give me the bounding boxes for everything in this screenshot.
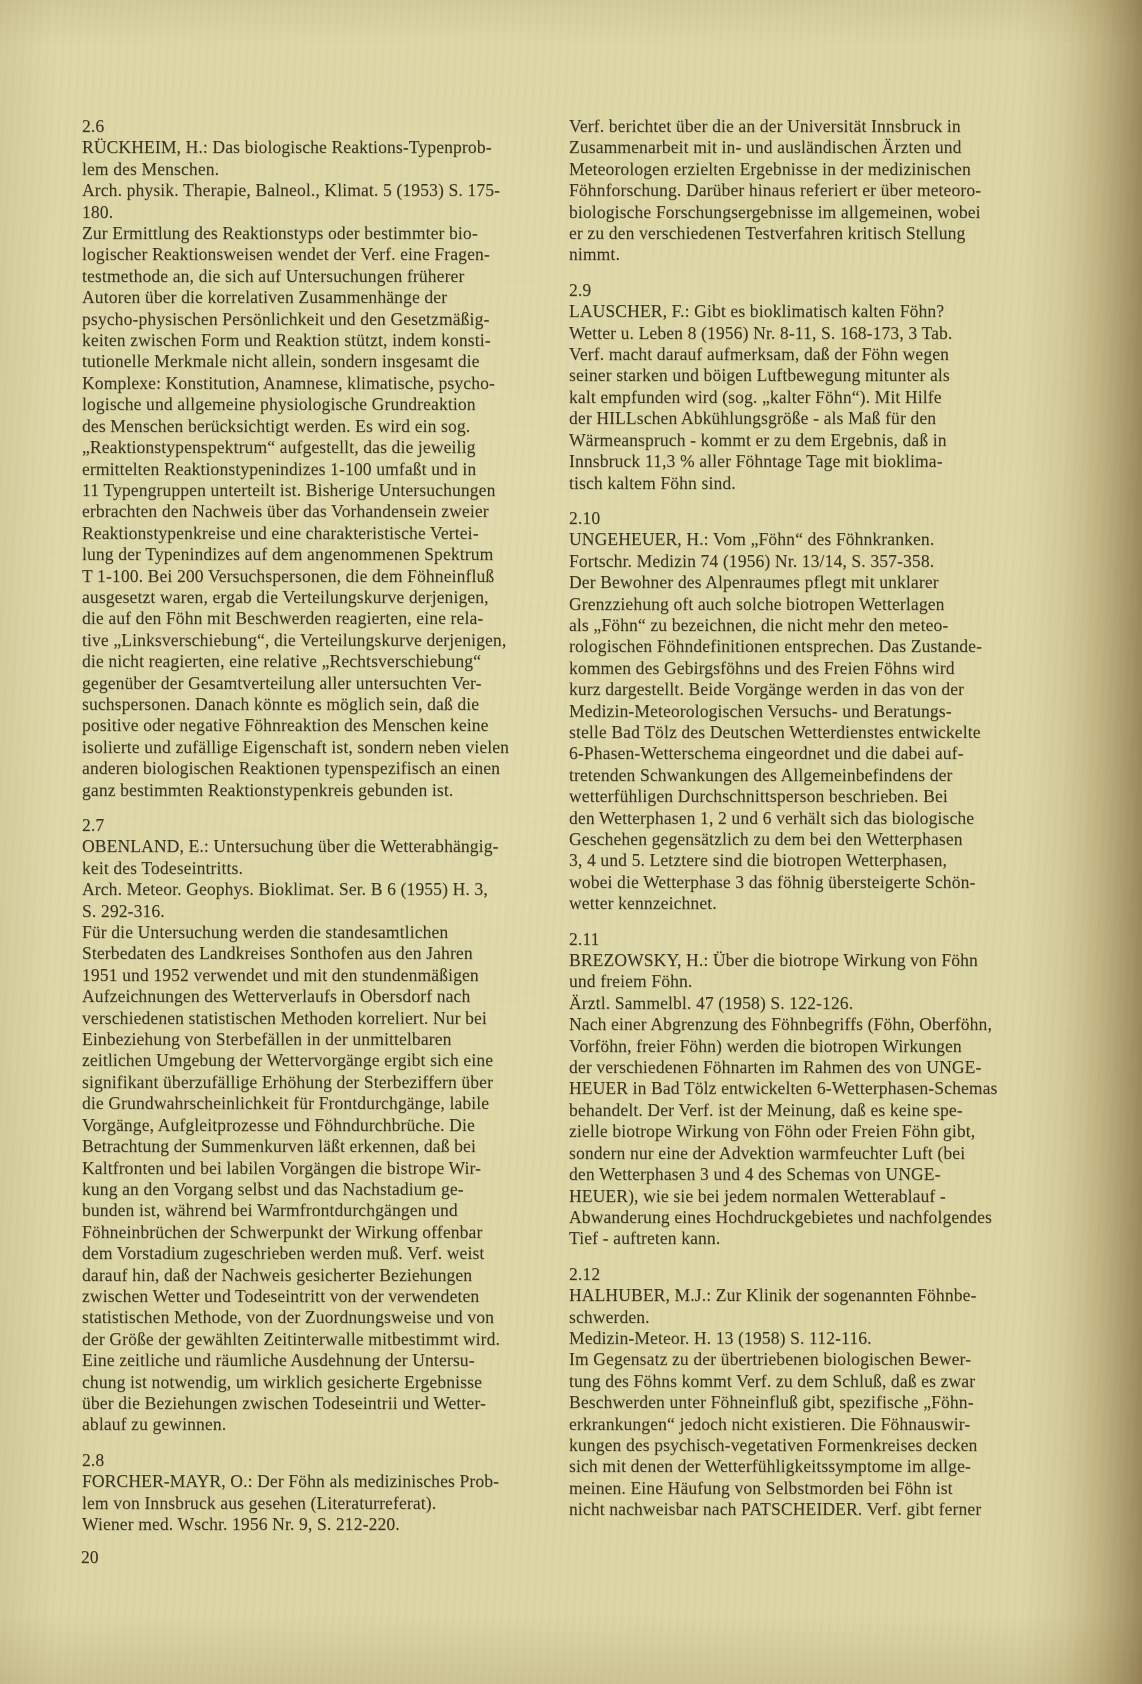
text-line: 3, 4 und 5. Letztere sind die biotropen …	[569, 850, 1055, 871]
text-line: Beschwerden unter Föhneinfluß gibt, spez…	[569, 1392, 1055, 1413]
text-line: tutionelle Merkmale nicht allein, sonder…	[82, 351, 568, 372]
text-line: Wetter u. Leben 8 (1956) Nr. 8-11, S. 16…	[569, 323, 1055, 344]
bibliography-entry: Verf. berichtet über die an der Universi…	[569, 116, 1055, 266]
text-line: Medizin-Meteor. H. 13 (1958) S. 112-116.	[569, 1328, 1055, 1349]
text-line: 180.	[82, 202, 568, 223]
bibliography-entry: 2.9LAUSCHER, F.: Gibt es bioklimatisch k…	[569, 280, 1055, 494]
text-line: Föhnforschung. Darüber hinaus referiert …	[569, 180, 1055, 201]
text-line: logischer Reaktionsweisen wendet der Ver…	[82, 244, 568, 265]
text-line: als „Föhn“ zu bezeichnen, die nicht mehr…	[569, 615, 1055, 636]
text-line: Aufzeichnungen des Wetterverlaufs in Obe…	[82, 986, 568, 1007]
text-line: 6-Phasen-Wetterschema eingeordnet und di…	[569, 743, 1055, 764]
text-line: Verf. macht darauf aufmerksam, daß der F…	[569, 344, 1055, 365]
text-line: kungen des psychisch-vegetativen Formenk…	[569, 1435, 1055, 1456]
text-line: Wiener med. Wschr. 1956 Nr. 9, S. 212-22…	[82, 1514, 568, 1535]
text-line: signifikant überzufällige Erhöhung der S…	[82, 1072, 568, 1093]
text-line: die Grundwahrscheinlichkeit für Frontdur…	[82, 1093, 568, 1114]
text-line: Innsbruck 11,3 % aller Föhntage Tage mit…	[569, 451, 1055, 472]
text-line: Ärztl. Sammelbl. 47 (1958) S. 122-126.	[569, 993, 1055, 1014]
entry-number: 2.6	[82, 116, 568, 137]
text-line: über die Beziehungen zwischen Todeseintr…	[82, 1393, 568, 1414]
entry-number: 2.10	[569, 508, 1055, 529]
text-line: wobei die Wetterphase 3 das föhnig übers…	[569, 872, 1055, 893]
text-line: Tief - auftreten kann.	[569, 1228, 1055, 1249]
text-line: Autoren über die korrelativen Zusammenhä…	[82, 287, 568, 308]
text-line: keit des Todeseintritts.	[82, 858, 568, 879]
text-line: die auf den Föhn mit Beschwerden reagier…	[82, 608, 568, 629]
text-line: Wärmeanspruch - kommt er zu dem Ergebnis…	[569, 430, 1055, 451]
bibliography-entry: 2.6RÜCKHEIM, H.: Das biologische Reaktio…	[82, 116, 568, 801]
text-line: Abwanderung eines Hochdruckgebietes und …	[569, 1207, 1055, 1228]
text-line: HEUER), wie sie bei jedem normalen Wette…	[569, 1186, 1055, 1207]
text-line: der Größe der gewählten Zeitinterwalle m…	[82, 1329, 568, 1350]
text-line: Der Bewohner des Alpenraumes pflegt mit …	[569, 572, 1055, 593]
text-line: Im Gegensatz zu der übertriebenen biolog…	[569, 1349, 1055, 1370]
text-line: keiten zwischen Form und Reaktion stützt…	[82, 330, 568, 351]
text-line: lem von Innsbruck aus gesehen (Literatur…	[82, 1493, 568, 1514]
text-line: UNGEHEUER, H.: Vom „Föhn“ des Föhnkranke…	[569, 529, 1055, 550]
text-line: lem des Menschen.	[82, 159, 568, 180]
text-line: den Wetterphasen 1, 2 und 6 verhält sich…	[569, 808, 1055, 829]
text-line: HALHUBER, M.J.: Zur Klinik der sogenannt…	[569, 1285, 1055, 1306]
text-line: biologische Forschungsergebnisse im allg…	[569, 202, 1055, 223]
bibliography-entry: 2.11BREZOWSKY, H.: Über die biotrope Wir…	[569, 929, 1055, 1250]
text-line: ausgesetzt waren, ergab die Verteilungsk…	[82, 587, 568, 608]
text-line: Nach einer Abgrenzung des Föhnbegriffs (…	[569, 1014, 1055, 1035]
text-line: tretenden Schwankungen des Allgemeinbefi…	[569, 765, 1055, 786]
text-line: Arch. Meteor. Geophys. Bioklimat. Ser. B…	[82, 879, 568, 900]
text-line: Betrachtung der Summenkurven läßt erkenn…	[82, 1136, 568, 1157]
text-line: ermittelten Reaktionstypenindizes 1-100 …	[82, 459, 568, 480]
text-line: 11 Typengruppen unterteilt ist. Bisherig…	[82, 480, 568, 501]
text-line: Verf. berichtet über die an der Universi…	[569, 116, 1055, 137]
text-line: und freiem Föhn.	[569, 971, 1055, 992]
text-line: wetter kennzeichnet.	[569, 893, 1055, 914]
text-line: der verschiedenen Föhnarten im Rahmen de…	[569, 1057, 1055, 1078]
scanned-page: 2.6RÜCKHEIM, H.: Das biologische Reaktio…	[0, 0, 1142, 1684]
text-line: die nicht reagierten, eine relative „Rec…	[82, 651, 568, 672]
text-line: Medizin-Meteorologischen Versuchs- und B…	[569, 701, 1055, 722]
text-line: sondern nur eine der Advektion warmfeuch…	[569, 1143, 1055, 1164]
bibliography-entry: 2.12HALHUBER, M.J.: Zur Klinik der sogen…	[569, 1264, 1055, 1521]
text-line: Komplexe: Konstitution, Anamnese, klimat…	[82, 373, 568, 394]
text-line: Zur Ermittlung des Reaktionstyps oder be…	[82, 223, 568, 244]
right-column: Verf. berichtet über die an der Universi…	[569, 116, 1055, 1521]
text-line: isolierte und zufällige Eigenschaft ist,…	[82, 737, 568, 758]
bibliography-entry: 2.10UNGEHEUER, H.: Vom „Föhn“ des Föhnkr…	[569, 508, 1055, 915]
text-line: „Reaktionstypenspektrum“ aufgestellt, da…	[82, 437, 568, 458]
text-line: chung ist notwendig, um wirklich gesiche…	[82, 1372, 568, 1393]
text-line: kommen des Gebirgsföhns und des Freien F…	[569, 658, 1055, 679]
text-line: kurz dargestellt. Beide Vorgänge werden …	[569, 679, 1055, 700]
text-line: zwischen Wetter und Todeseintritt von de…	[82, 1286, 568, 1307]
text-line: er zu den verschiedenen Testverfahren kr…	[569, 223, 1055, 244]
text-line: Meteorologen erzielten Ergebnisse in der…	[569, 159, 1055, 180]
bibliography-entry: 2.7OBENLAND, E.: Untersuchung über die W…	[82, 815, 568, 1436]
text-line: verschiedenen statistischen Methoden kor…	[82, 1008, 568, 1029]
text-line: suchspersonen. Danach könnte es möglich …	[82, 694, 568, 715]
text-line: kalt empfunden wird (sog. „kalter Föhn“)…	[569, 387, 1055, 408]
text-line: sich mit denen der Wetterfühligkeitssymp…	[569, 1456, 1055, 1477]
text-line: den Wetterphasen 3 und 4 des Schemas von…	[569, 1164, 1055, 1185]
text-line: bunden ist, während bei Warmfrontdurchgä…	[82, 1200, 568, 1221]
entry-number: 2.11	[569, 929, 1055, 950]
text-line: BREZOWSKY, H.: Über die biotrope Wirkung…	[569, 950, 1055, 971]
text-line: nimmt.	[569, 244, 1055, 265]
text-line: S. 292-316.	[82, 901, 568, 922]
text-line: tisch kaltem Föhn sind.	[569, 473, 1055, 494]
text-line: Arch. physik. Therapie, Balneol., Klimat…	[82, 180, 568, 201]
text-line: testmethode an, die sich auf Untersuchun…	[82, 266, 568, 287]
text-line: Grenzziehung oft auch solche biotropen W…	[569, 594, 1055, 615]
text-line: logische und allgemeine physiologische G…	[82, 394, 568, 415]
text-line: Sterbedaten des Landkreises Sonthofen au…	[82, 943, 568, 964]
text-line: Für die Untersuchung werden die standesa…	[82, 922, 568, 943]
text-line: meinen. Eine Häufung von Selbstmorden be…	[569, 1478, 1055, 1499]
entry-number: 2.7	[82, 815, 568, 836]
text-line: RÜCKHEIM, H.: Das biologische Reaktions-…	[82, 137, 568, 158]
bibliography-entry: 2.8FORCHER-MAYR, O.: Der Föhn als medizi…	[82, 1450, 568, 1536]
text-line: erkrankungen“ jedoch nicht existieren. D…	[569, 1414, 1055, 1435]
text-line: positive oder negative Föhnreaktion des …	[82, 715, 568, 736]
entry-number: 2.12	[569, 1264, 1055, 1285]
text-line: FORCHER-MAYR, O.: Der Föhn als medizinis…	[82, 1471, 568, 1492]
entry-number: 2.9	[569, 280, 1055, 301]
text-line: psycho-physischen Persönlichkeit und den…	[82, 309, 568, 330]
text-line: gegenüber der Gesamtverteilung aller unt…	[82, 673, 568, 694]
text-line: ablauf zu gewinnen.	[82, 1414, 568, 1435]
text-line: lung der Typenindizes auf dem angenommen…	[82, 544, 568, 565]
text-line: des Menschen berücksichtigt werden. Es w…	[82, 416, 568, 437]
text-line: LAUSCHER, F.: Gibt es bioklimatisch kalt…	[569, 301, 1055, 322]
text-line: Kaltfronten und bei labilen Vorgängen di…	[82, 1158, 568, 1179]
text-line: der HILLschen Abkühlungsgröße - als Maß …	[569, 408, 1055, 429]
text-line: behandelt. Der Verf. ist der Meinung, da…	[569, 1100, 1055, 1121]
text-line: Fortschr. Medizin 74 (1956) Nr. 13/14, S…	[569, 551, 1055, 572]
text-line: Einbeziehung von Sterbefällen in der unm…	[82, 1029, 568, 1050]
text-line: statistischen Methode, von der Zuordnung…	[82, 1307, 568, 1328]
text-line: OBENLAND, E.: Untersuchung über die Wett…	[82, 836, 568, 857]
text-line: nicht nachweisbar nach PATSCHEIDER. Verf…	[569, 1499, 1055, 1520]
text-line: zielle biotrope Wirkung von Föhn oder Fr…	[569, 1121, 1055, 1142]
text-line: wetterfühligen Durchschnittsperson besch…	[569, 786, 1055, 807]
text-line: Eine zeitliche und räumliche Ausdehnung …	[82, 1350, 568, 1371]
text-line: ganz bestimmten Reaktionstypenkreis gebu…	[82, 780, 568, 801]
text-line: Föhneinbrüchen der Schwerpunkt der Wirku…	[82, 1222, 568, 1243]
text-line: rologischen Föhndefinitionen entsprechen…	[569, 636, 1055, 657]
text-line: Reaktionstypenkreise und eine charakteri…	[82, 523, 568, 544]
text-line: zeitlichen Umgebung der Wettervorgänge e…	[82, 1050, 568, 1071]
text-line: darauf hin, daß der Nachweis gesicherter…	[82, 1265, 568, 1286]
text-line: tive „Linksverschiebung“, die Verteilung…	[82, 630, 568, 651]
text-line: HEUER in Bad Tölz entwickelten 6-Wetterp…	[569, 1078, 1055, 1099]
text-line: kung an den Vorgang selbst und das Nachs…	[82, 1179, 568, 1200]
text-line: anderen biologischen Reaktionen typenspe…	[82, 758, 568, 779]
text-line: schwerden.	[569, 1307, 1055, 1328]
text-line: seiner starken und böigen Luftbewegung m…	[569, 365, 1055, 386]
entry-number: 2.8	[82, 1450, 568, 1471]
text-line: stelle Bad Tölz des Deutschen Wetterdien…	[569, 722, 1055, 743]
text-line: erbrachten den Nachweis über das Vorhand…	[82, 501, 568, 522]
text-line: Vorföhn, freier Föhn) werden die biotrop…	[569, 1036, 1055, 1057]
text-line: Geschehen gegensätzlich zu dem bei den W…	[569, 829, 1055, 850]
text-line: Zusammenarbeit mit in- und ausländischen…	[569, 137, 1055, 158]
left-column: 2.6RÜCKHEIM, H.: Das biologische Reaktio…	[82, 116, 568, 1535]
text-line: 1951 und 1952 verwendet und mit den stun…	[82, 965, 568, 986]
text-line: T 1-100. Bei 200 Versuchspersonen, die d…	[82, 566, 568, 587]
text-line: Vorgänge, Aufgleitprozesse und Föhndurch…	[82, 1115, 568, 1136]
text-line: dem Vorstadium zugeschrieben werden muß.…	[82, 1243, 568, 1264]
text-line: tung des Föhns kommt Verf. zu dem Schluß…	[569, 1371, 1055, 1392]
page-number: 20	[81, 1547, 99, 1568]
